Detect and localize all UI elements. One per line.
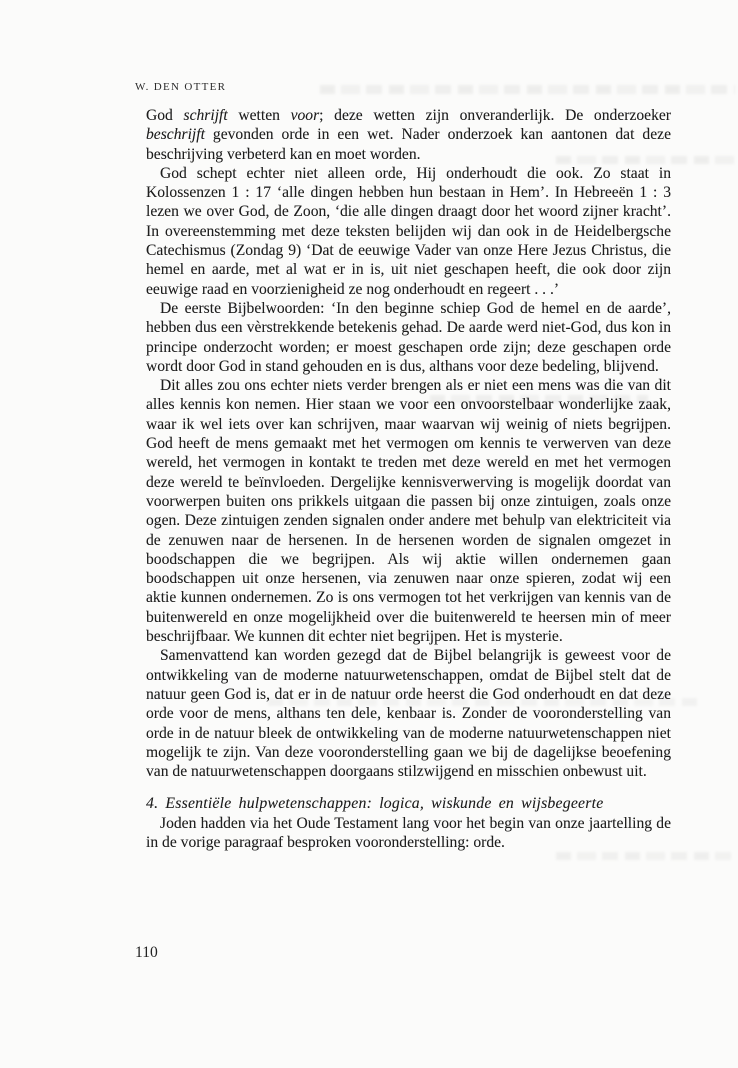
page-number: 110 xyxy=(135,944,158,962)
text-block: God schrijft wetten voor; deze wetten zi… xyxy=(146,106,671,852)
paragraph-text: ; deze wetten zijn onveranderlijk. De on… xyxy=(319,107,671,124)
section-heading: 4. Essentiële hulpwetenschappen: logica,… xyxy=(146,794,671,813)
paragraph: Dit alles zou ons echter niets verder br… xyxy=(146,376,671,646)
paragraph: God schrijft wetten voor; deze wetten zi… xyxy=(146,106,671,164)
paragraph: God schept echter niet alleen orde, Hij … xyxy=(146,164,671,299)
bleed-through-band xyxy=(320,85,735,94)
paragraph-text: gevonden orde in een wet. Nader onderzoe… xyxy=(146,126,671,162)
scanned-book-page: W. DEN OTTER God schrijft wetten voor; d… xyxy=(0,0,738,1068)
paragraph-text: wetten xyxy=(228,107,291,124)
paragraph: Joden hadden via het Oude Testament lang… xyxy=(146,814,671,853)
bleed-through-band xyxy=(556,852,731,860)
running-header: W. DEN OTTER xyxy=(135,81,226,93)
italic-term: beschrijft xyxy=(146,126,205,143)
italic-term: voor xyxy=(291,107,320,124)
paragraph: Samenvattend kan worden gezegd dat de Bi… xyxy=(146,646,671,781)
paragraph: De eerste Bijbelwoorden: ‘In den beginne… xyxy=(146,299,671,376)
paragraph-text: God xyxy=(146,107,184,124)
italic-term: schrijft xyxy=(184,107,228,124)
